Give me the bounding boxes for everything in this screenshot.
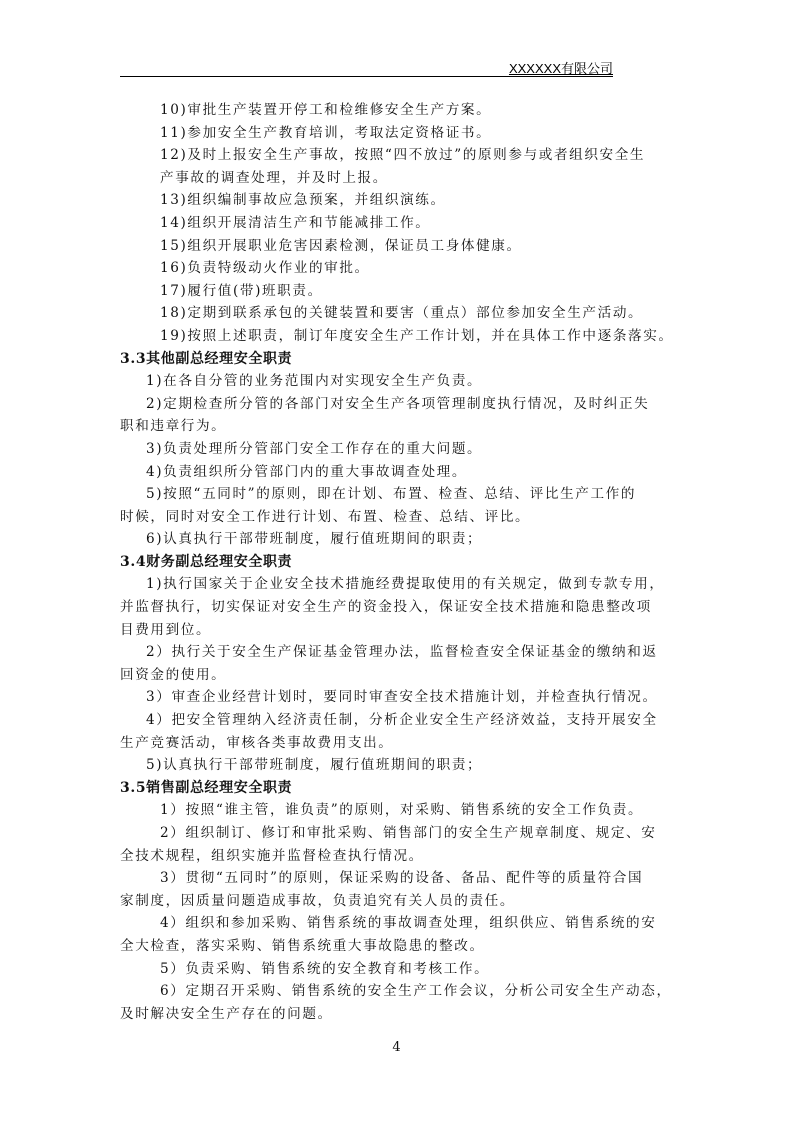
paragraph-line: 目费用到位。 [120,619,675,642]
paragraph-line: 回资金的使用。 [120,664,675,687]
paragraph-line: 10)审批生产装置开停工和检维修安全生产方案。 [120,99,675,122]
paragraph-line: 职和违章行为。 [120,415,675,438]
section-heading: 3.3其他副总经理安全职责 [120,348,675,371]
paragraph-line: 生产竞赛活动，审核各类事故费用支出。 [120,732,675,755]
paragraph-line: 产事故的调查处理，并及时上报。 [120,167,675,190]
paragraph-line: 并监督执行，切实保证对安全生产的资金投入，保证安全技术措施和隐患整改项 [120,596,675,619]
page-header: XXXXXX有限公司 [120,56,613,77]
paragraph-line: 3）审查企业经营计划时，要同时审查安全技术措施计划，并检查执行情况。 [120,686,675,709]
page-number: 4 [0,1040,793,1055]
paragraph-line: 2）组织制订、修订和审批采购、销售部门的安全生产规章制度、规定、安 [120,822,675,845]
paragraph-line: 5)认真执行干部带班制度，履行值班期间的职责； [120,754,675,777]
section-heading: 3.5销售副总经理安全职责 [120,777,675,800]
section-heading: 3.4财务副总经理安全职责 [120,551,675,574]
paragraph-line: 全大检查，落实采购、销售系统重大事故隐患的整改。 [120,935,675,958]
paragraph-line: 3)负责处理所分管部门安全工作存在的重大问题。 [120,438,675,461]
paragraph-line: 家制度，因质量问题造成事故，负责追究有关人员的责任。 [120,890,675,913]
paragraph-line: 2）执行关于安全生产保证基金管理办法，监督检查安全保证基金的缴纳和返 [120,641,675,664]
paragraph-line: 15)组织开展职业危害因素检测，保证员工身体健康。 [120,235,675,258]
paragraph-line: 4)负责组织所分管部门内的重大事故调查处理。 [120,461,675,484]
paragraph-line: 6）定期召开采购、销售系统的安全生产工作会议，分析公司安全生产动态， [120,980,675,1003]
paragraph-line: 13)组织编制事故应急预案，并组织演练。 [120,189,675,212]
paragraph-line: 4）组织和参加采购、销售系统的事故调查处理，组织供应、销售系统的安 [120,912,675,935]
paragraph-line: 及时解决安全生产存在的问题。 [120,1003,675,1026]
paragraph-line: 3）贯彻“五同时”的原则，保证采购的设备、备品、配件等的质量符合国 [120,867,675,890]
paragraph-line: 4）把安全管理纳入经济责任制，分析企业安全生产经济效益，支持开展安全 [120,709,675,732]
paragraph-line: 1）按照“谁主管，谁负责”的原则，对采购、销售系统的安全工作负责。 [120,799,675,822]
paragraph-line: 5）负责采购、销售系统的安全教育和考核工作。 [120,958,675,981]
paragraph-line: 6)认真执行干部带班制度，履行值班期间的职责； [120,528,675,551]
paragraph-line: 全技术规程，组织实施并监督检查执行情况。 [120,845,675,868]
paragraph-line: 18)定期到联系承包的关键装置和要害（重点）部位参加安全生产活动。 [120,302,675,325]
paragraph-line: 12)及时上报安全生产事故，按照“四不放过”的原则参与或者组织安全生 [120,144,675,167]
paragraph-line: 11)参加安全生产教育培训，考取法定资格证书。 [120,122,675,145]
paragraph-line: 16)负责特级动火作业的审批。 [120,257,675,280]
paragraph-line: 5)按照“五同时”的原则，即在计划、布置、检查、总结、评比生产工作的 [120,483,675,506]
paragraph-line: 17)履行值(带)班职责。 [120,280,675,303]
paragraph-line: 14)组织开展清洁生产和节能减排工作。 [120,212,675,235]
paragraph-line: 1)在各自分管的业务范围内对实现安全生产负责。 [120,370,675,393]
document-body: 10)审批生产装置开停工和检维修安全生产方案。11)参加安全生产教育培训，考取法… [120,99,675,1025]
paragraph-line: 2)定期检查所分管的各部门对安全生产各项管理制度执行情况，及时纠正失 [120,393,675,416]
paragraph-line: 1)执行国家关于企业安全技术措施经费提取使用的有关规定，做到专款专用， [120,573,675,596]
paragraph-line: 时候，同时对安全工作进行计划、布置、检查、总结、评比。 [120,506,675,529]
paragraph-line: 19)按照上述职责，制订年度安全生产工作计划，并在具体工作中逐条落实。 [120,325,675,348]
company-name: XXXXXX有限公司 [509,58,613,77]
